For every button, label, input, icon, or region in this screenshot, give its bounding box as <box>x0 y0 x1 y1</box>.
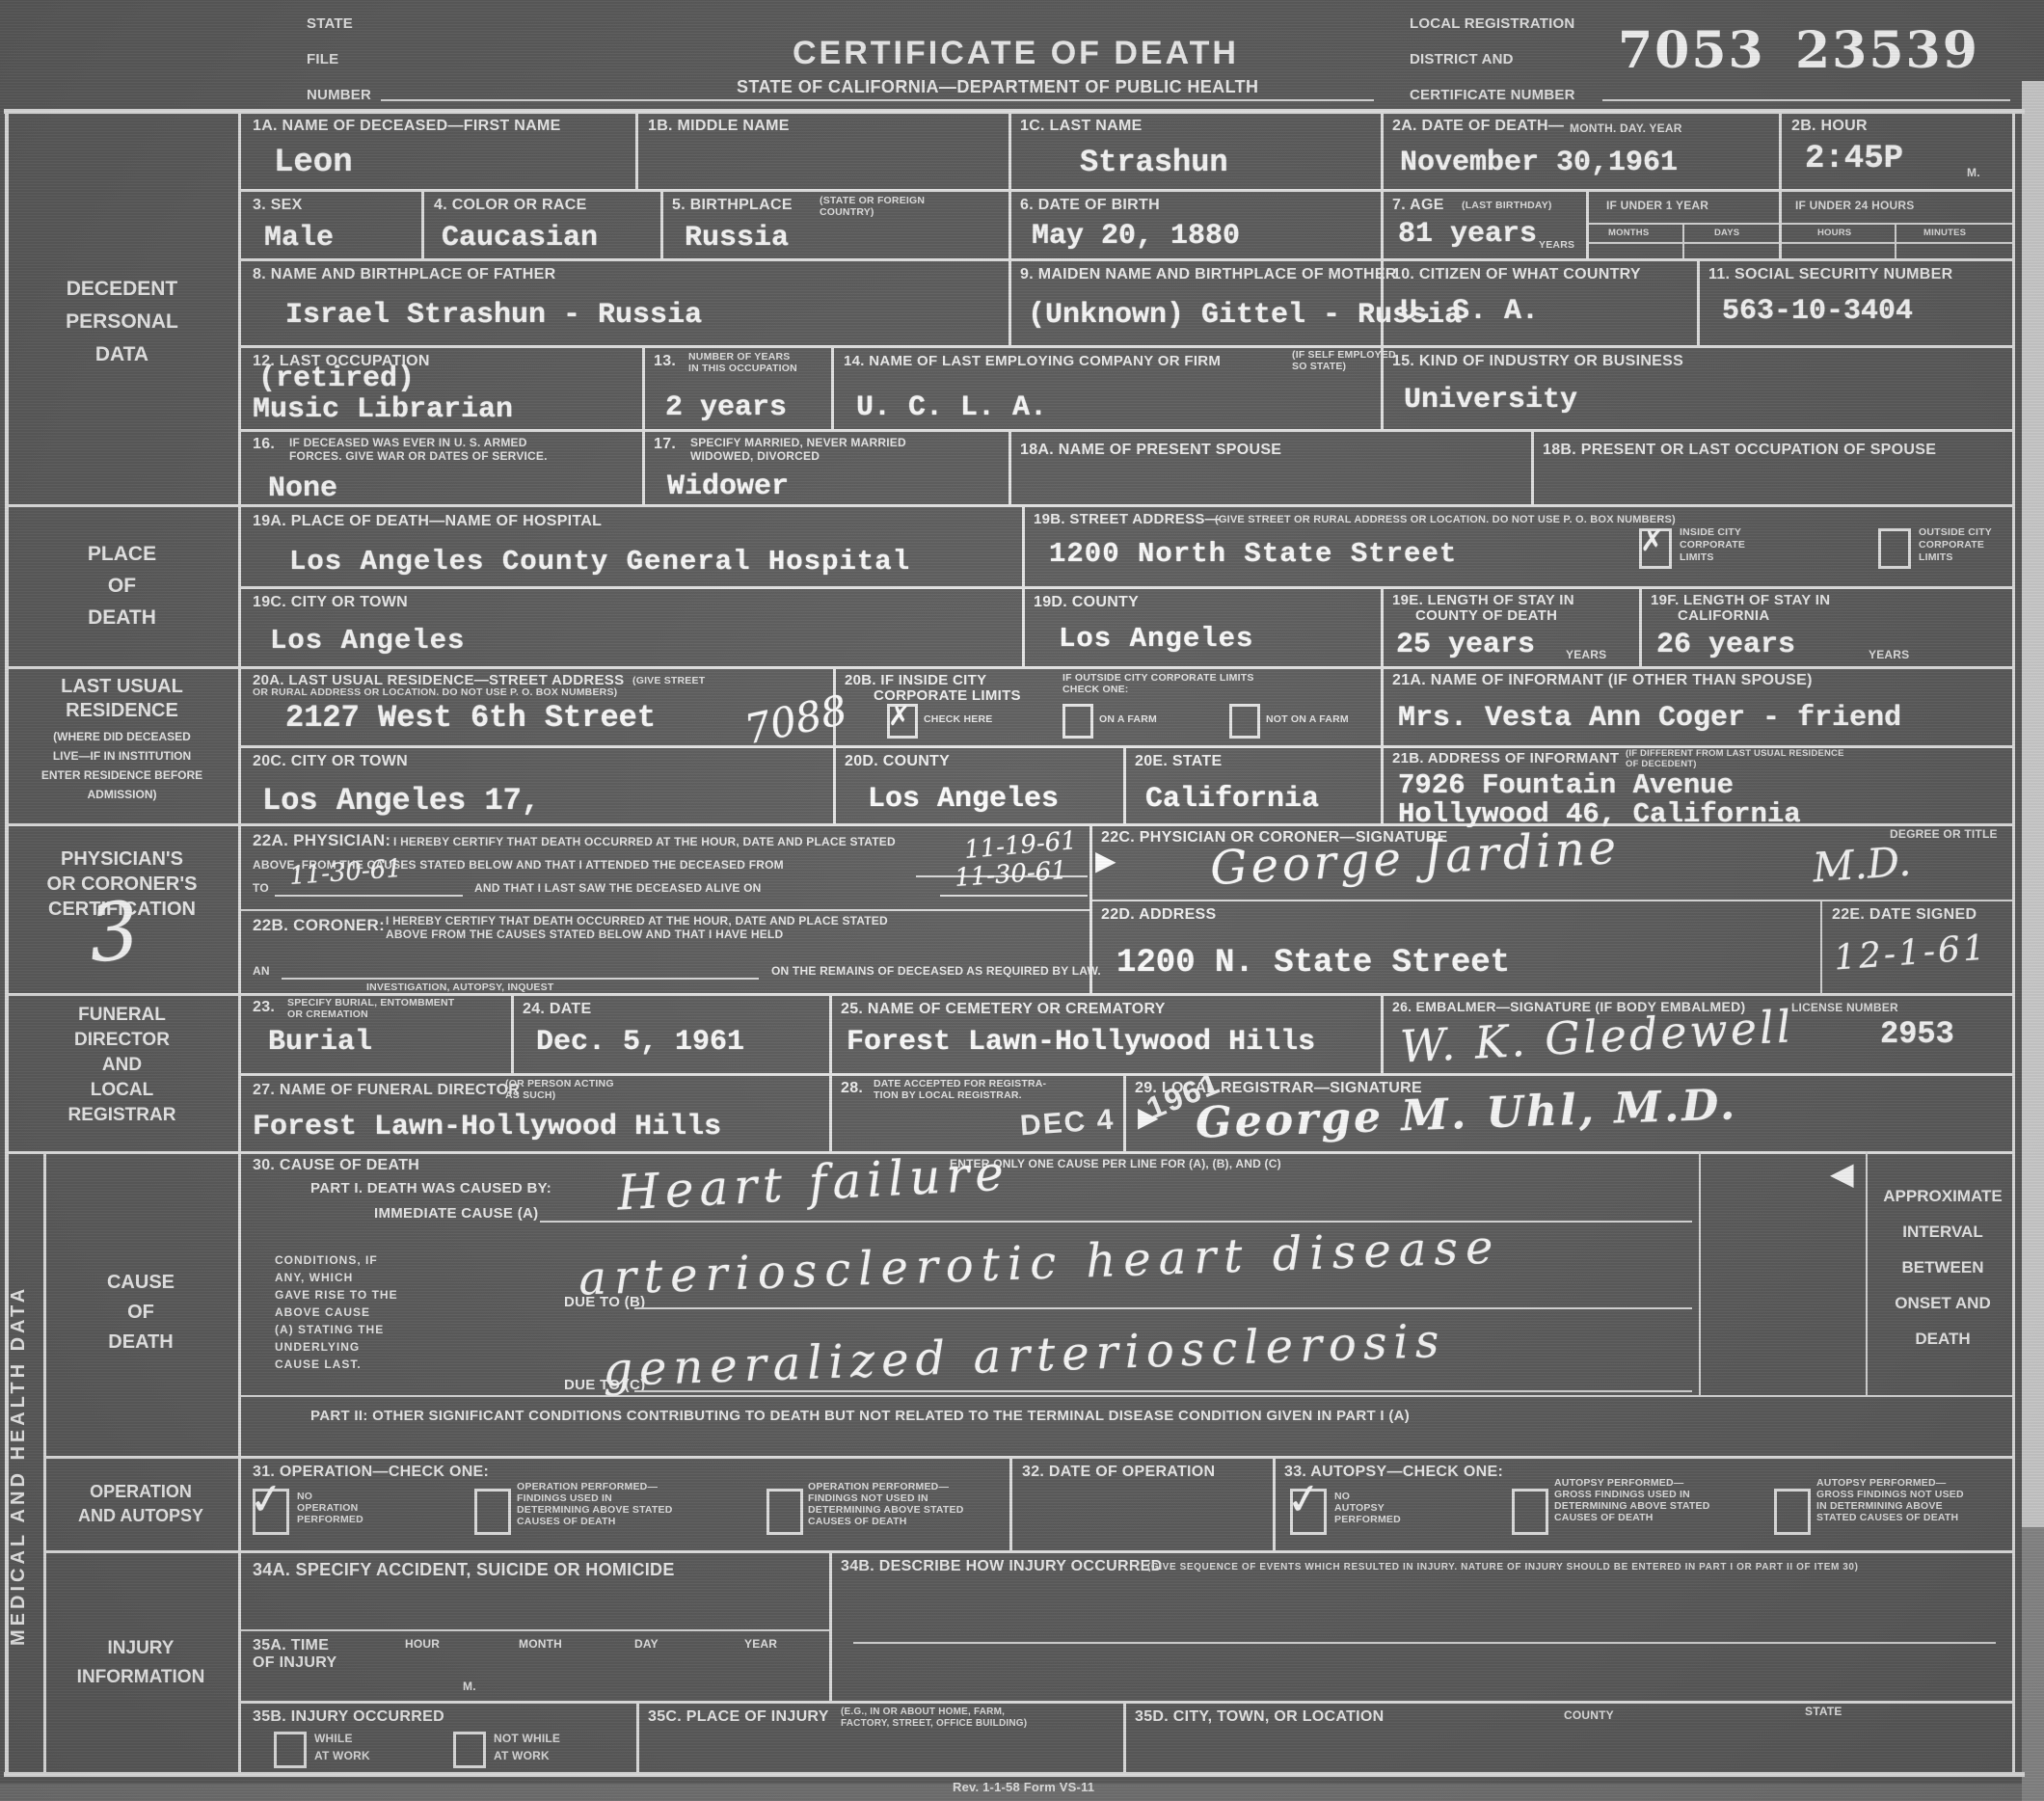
outside-city-check-one-label: IF OUTSIDE CITY CORPORATE LIMITS <box>1062 672 1254 684</box>
grid-line <box>1682 223 1684 258</box>
if-under-24-hours-label: IF UNDER 24 HOURS <box>1795 199 1914 212</box>
county-column-label: COUNTY <box>1564 1708 1614 1722</box>
grid-line <box>660 189 663 258</box>
field-23-label: 23. <box>253 999 275 1016</box>
death-certificate-scan: STATE FILE NUMBER CERTIFICATE OF DEATH S… <box>0 0 2044 1801</box>
field-35c-label-sub: FACTORY, STREET, OFFICE BUILDING) <box>841 1718 1027 1729</box>
field-22b-held-sub: INVESTIGATION, AUTOPSY, INQUEST <box>366 981 553 993</box>
no-operation-label: OPERATION <box>297 1502 358 1514</box>
state-file-number-label: NUMBER <box>307 87 371 103</box>
field-24-label: 24. DATE <box>523 1001 591 1018</box>
grid-line <box>43 1456 2015 1459</box>
write-line <box>540 1221 1692 1223</box>
registrar-date-stamp: DEC 4 <box>1019 1104 1116 1143</box>
grid-line <box>238 109 241 1774</box>
field-1c-value: Strashun <box>1080 145 1228 180</box>
field-13-value: 2 years <box>665 391 787 424</box>
interval-pointer-icon: ◀ <box>1830 1155 1854 1192</box>
document-title: CERTIFICATE OF DEATH <box>793 35 1239 72</box>
write-line <box>275 895 463 897</box>
field-22d-label: 22D. ADDRESS <box>1101 906 1216 924</box>
field-16-label-sub: IF DECEASED WAS EVER IN U. S. ARMED <box>289 436 527 449</box>
field-22e-label: 22E. DATE SIGNED <box>1832 906 1977 924</box>
write-line <box>282 978 759 980</box>
field-24-value: Dec. 5, 1961 <box>536 1026 744 1059</box>
grid-line <box>1123 745 1126 823</box>
grid-line <box>1009 1456 1012 1550</box>
field-5-label-sub: COUNTRY) <box>820 206 874 218</box>
grid-line <box>1009 109 1011 345</box>
field-14-label: 14. NAME OF LAST EMPLOYING COMPANY OR FI… <box>844 353 1221 369</box>
grid-line <box>829 993 832 1073</box>
field-28-label: 28. <box>841 1080 863 1097</box>
write-line <box>634 1390 1692 1392</box>
field-2a-value: November 30,1961 <box>1400 147 1678 179</box>
field-21b-label-sub: (IF DIFFERENT FROM LAST USUAL RESIDENCE <box>1626 748 1844 759</box>
checkbox-not-on-a-farm <box>1229 704 1260 739</box>
field-5-label: 5. BIRTHPLACE <box>672 197 793 214</box>
field-20a-label-sub: (GIVE STREET <box>632 675 705 686</box>
part2-label: PART II: OTHER SIGNIFICANT CONDITIONS CO… <box>310 1408 1410 1424</box>
conditions-note: CONDITIONS, IF ANY, WHICH GAVE RISE TO T… <box>275 1251 398 1373</box>
grid-line <box>1531 429 1534 504</box>
field-17-value: Widower <box>667 470 789 503</box>
field-34b-label: 34B. DESCRIBE HOW INJURY OCCURRED <box>841 1558 1163 1575</box>
field-13-label-sub: NUMBER OF YEARS <box>688 351 790 363</box>
month-column-label: MONTH <box>519 1637 562 1651</box>
field-19d-value: Los Angeles <box>1059 623 1253 655</box>
hour-column-label: HOUR <box>405 1637 440 1651</box>
sidebar-place-of-death: PLACE OF DEATH <box>6 538 238 633</box>
inside-city-limits-label: INSIDE CITY <box>1680 526 1741 538</box>
field-13-label: 13. <box>654 353 676 370</box>
field-17-label-sub: WIDOWED, DIVORCED <box>690 449 820 463</box>
sidebar-funeral-director-registrar: FUNERAL DIRECTOR AND LOCAL REGISTRAR <box>6 1003 238 1128</box>
grid-line <box>1699 1151 1701 1395</box>
field-7-value: 81 years <box>1398 218 1537 251</box>
field-25-value: Forest Lawn-Hollywood Hills <box>847 1026 1315 1059</box>
field-12-value: Music Librarian <box>253 393 513 426</box>
field-19c-label: 19C. CITY OR TOWN <box>253 594 408 611</box>
field-20d-label: 20D. COUNTY <box>845 753 950 770</box>
field-14-value: U. C. L. A. <box>856 391 1047 424</box>
field-22b-an-label: AN <box>253 964 270 978</box>
grid-line <box>6 666 2015 669</box>
header-underline <box>1602 99 2010 101</box>
outside-city-limits-label: LIMITS <box>1919 551 1953 563</box>
field-2a-label-sub: MONTH. DAY. YEAR <box>1570 121 1682 135</box>
field-14-label-sub: SO STATE) <box>1292 361 1346 372</box>
field-22d-value: 1200 N. State Street <box>1116 945 1510 981</box>
grid-line <box>831 345 834 429</box>
checkbox-autopsy-findings-not-used <box>1774 1489 1811 1535</box>
field-19b-value: 1200 North State Street <box>1049 538 1457 570</box>
sidebar-last-usual-residence: LAST USUAL RESIDENCE (WHERE DID DECEASED… <box>6 675 238 804</box>
operation-findings-not-used-label: CAUSES OF DEATH <box>808 1516 907 1527</box>
physician-degree: M.D. <box>1811 838 1912 892</box>
field-25-label: 25. NAME OF CEMETERY OR CREMATORY <box>841 1001 1166 1018</box>
field-35a-label: 35A. TIME <box>253 1637 329 1654</box>
minutes-column-label: MINUTES <box>1923 228 1966 238</box>
field-27-label: 27. NAME OF FUNERAL DIRECTOR <box>253 1082 520 1099</box>
field-19f-label: CALIFORNIA <box>1678 607 1770 624</box>
cause-b-handwriting: arteriosclerotic heart disease <box>578 1220 1501 1305</box>
field-30-label: 30. CAUSE OF DEATH <box>253 1157 419 1174</box>
field-22b-text: I HEREBY CERTIFY THAT DEATH OCCURRED AT … <box>386 914 888 927</box>
checkbox-no-operation-mark: ✓ <box>246 1473 288 1527</box>
grid-line <box>511 993 514 1073</box>
autopsy-findings-not-used-label: STATED CAUSES OF DEATH <box>1816 1512 1958 1523</box>
field-21a-value: Mrs. Vesta Ann Coger - friend <box>1398 702 1901 735</box>
field-9-value: (Unknown) Gittel - Russia <box>1028 299 1462 332</box>
autopsy-findings-used-label: AUTOPSY PERFORMED— <box>1554 1477 1683 1489</box>
field-19d-label: 19D. COUNTY <box>1034 594 1139 611</box>
checkbox-outside-city-limits <box>1878 528 1911 569</box>
year-column-label: YEAR <box>744 1637 777 1651</box>
state-column-label: STATE <box>1805 1705 1842 1718</box>
checkbox-on-a-farm <box>1062 704 1093 739</box>
grid-line <box>1820 900 1822 994</box>
field-34a-label: 34A. SPECIFY ACCIDENT, SUICIDE OR HOMICI… <box>253 1560 675 1580</box>
meridiem-label: M. <box>463 1680 476 1693</box>
field-19e-value: 25 years <box>1396 629 1535 661</box>
checkbox-not-while-at-work <box>453 1732 486 1768</box>
field-10-label: 10. CITIZEN OF WHAT COUNTRY <box>1392 266 1641 283</box>
field-35c-label: 35C. PLACE OF INJURY <box>648 1708 829 1726</box>
checkbox-check-here-mark: ✗ <box>888 700 910 732</box>
field-21b-label-sub: OF DECEDENT) <box>1626 759 1697 769</box>
state-file-number-label: STATE <box>307 15 353 32</box>
local-registration-label: LOCAL REGISTRATION <box>1410 15 1574 32</box>
grid-line <box>238 429 2015 432</box>
checkbox-autopsy-findings-used <box>1512 1489 1548 1535</box>
outside-city-limits-label: CORPORATE <box>1919 539 1984 551</box>
field-22a-label: 22A. PHYSICIAN: <box>253 831 390 850</box>
field-19e-label: COUNTY OF DEATH <box>1415 607 1557 624</box>
field-5-value: Russia <box>685 222 789 255</box>
field-12-value: (retired) <box>258 363 415 395</box>
form-revision-note: Rev. 1-1-58 Form VS-11 <box>953 1780 1094 1794</box>
field-22a-text: I HEREBY CERTIFY THAT DEATH OCCURRED AT … <box>393 835 896 848</box>
immediate-cause-label: IMMEDIATE CAUSE (A) <box>374 1205 538 1222</box>
field-6-label: 6. DATE OF BIRTH <box>1020 197 1160 214</box>
field-8-label: 8. NAME AND BIRTHPLACE OF FATHER <box>253 266 556 283</box>
grid-line <box>43 1550 2015 1553</box>
grid-line <box>1586 189 1589 258</box>
field-14-label-sub: (IF SELF EMPLOYED <box>1292 349 1396 361</box>
while-at-work-label: WHILE <box>314 1732 353 1745</box>
grid-line <box>1381 993 1384 1073</box>
field-23-value: Burial <box>268 1026 372 1059</box>
grid-line <box>1639 586 1642 666</box>
field-1a-label: 1A. NAME OF DECEASED—FIRST NAME <box>253 118 561 135</box>
grid-line <box>642 345 645 504</box>
field-35a-label: OF INJURY <box>253 1654 336 1672</box>
autopsy-findings-not-used-label: IN DETERMINING ABOVE <box>1816 1500 1943 1512</box>
check-here-label: CHECK HERE <box>924 713 992 725</box>
grid-line <box>238 189 2015 192</box>
grid-line <box>4 1772 2025 1777</box>
outside-city-limits-label: OUTSIDE CITY <box>1919 526 1992 538</box>
autopsy-findings-not-used-label: AUTOPSY PERFORMED— <box>1816 1477 1946 1489</box>
field-21a-label: 21A. NAME OF INFORMANT (IF OTHER THAN SP… <box>1392 672 1813 689</box>
scan-edge-right <box>2022 81 2044 1527</box>
grid-line <box>238 909 1089 911</box>
grid-line <box>1866 1151 1868 1395</box>
field-20d-value: Los Angeles <box>868 783 1059 816</box>
header-underline <box>381 99 1374 101</box>
field-5-label-sub: (STATE OR FOREIGN <box>820 195 925 206</box>
certificate-number-label: CERTIFICATE NUMBER <box>1410 87 1575 103</box>
write-line <box>634 1307 1692 1309</box>
field-9-label: 9. MAIDEN NAME AND BIRTHPLACE OF MOTHER <box>1020 266 1397 283</box>
field-16-label-sub: FORCES. GIVE WAR OR DATES OF SERVICE. <box>289 449 548 463</box>
field-11-value: 563-10-3404 <box>1722 295 1913 328</box>
field-2b-label: 2B. HOUR <box>1791 118 1868 135</box>
write-line <box>853 1642 1996 1644</box>
grid-line <box>1381 666 1384 823</box>
field-13-label-sub: IN THIS OCCUPATION <box>688 363 797 374</box>
field-2b-suffix: M. <box>1967 166 1980 179</box>
field-10-value: U. S. A. <box>1400 295 1539 328</box>
field-17-label-sub: SPECIFY MARRIED, NEVER MARRIED <box>690 436 906 449</box>
field-7-label-sub: (LAST BIRTHDAY) <box>1462 200 1552 211</box>
field-19a-value: Los Angeles County General Hospital <box>289 546 910 578</box>
field-22a-text: AND THAT I LAST SAW THE DECEASED ALIVE O… <box>474 881 762 895</box>
outside-city-check-one-label: CHECK ONE: <box>1062 684 1129 695</box>
field-19b-label-sub: (GIVE STREET OR RURAL ADDRESS OR LOCATIO… <box>1215 514 1676 525</box>
field-18a-label: 18A. NAME OF PRESENT SPOUSE <box>1020 442 1281 459</box>
grid-line <box>1123 1701 1126 1772</box>
not-on-a-farm-label: NOT ON A FARM <box>1266 713 1349 725</box>
day-column-label: DAY <box>634 1637 659 1651</box>
grid-line <box>238 1701 2015 1704</box>
checkbox-operation-findings-not-used <box>766 1489 803 1535</box>
field-1b-label: 1B. MIDDLE NAME <box>648 118 790 135</box>
field-15-label: 15. KIND OF INDUSTRY OR BUSINESS <box>1392 353 1683 370</box>
no-operation-label: PERFORMED <box>297 1514 363 1525</box>
handwritten-margin-number: 3 <box>84 885 144 981</box>
not-while-at-work-label: NOT WHILE <box>494 1732 560 1745</box>
grid-line <box>1089 900 2015 901</box>
field-20e-value: California <box>1145 783 1319 816</box>
state-file-number-label: FILE <box>307 51 338 67</box>
field-34b-label-sub: (GIVE SEQUENCE OF EVENTS WHICH RESULTED … <box>1147 1562 1859 1573</box>
field-20c-value: Los Angeles 17, <box>262 783 540 819</box>
part1-label: PART I. DEATH WAS CAUSED BY: <box>310 1180 551 1196</box>
no-autopsy-label: AUTOPSY <box>1334 1502 1385 1514</box>
no-autopsy-label: PERFORMED <box>1334 1514 1401 1525</box>
while-at-work-label: AT WORK <box>314 1749 370 1762</box>
field-22b-label: 22B. CORONER: <box>253 916 385 935</box>
field-1a-value: Leon <box>274 145 353 181</box>
field-19a-label: 19A. PLACE OF DEATH—NAME OF HOSPITAL <box>253 513 602 530</box>
grid-line <box>636 1701 639 1772</box>
grid-line <box>829 1550 832 1701</box>
approximate-interval-label: APPROXIMATE INTERVAL BETWEEN ONSET AND D… <box>1870 1178 2015 1357</box>
grid-line <box>1586 223 2015 225</box>
grid-line <box>1697 258 1700 345</box>
grid-line <box>421 189 424 258</box>
no-operation-label: NO <box>297 1491 312 1502</box>
checkbox-while-at-work <box>274 1732 307 1768</box>
checkbox-no-autopsy-mark: ✓ <box>1283 1473 1326 1527</box>
grid-line <box>238 1395 2015 1397</box>
field-27-label-sub: (OR PERSON ACTING <box>505 1078 614 1089</box>
embalmer-license-number: 2953 <box>1880 1016 1954 1052</box>
field-20a-value: 2127 West 6th Street <box>285 700 656 736</box>
field-22a-to-label: TO <box>253 881 269 895</box>
field-21b-value: 7926 Fountain Avenue <box>1398 769 1734 801</box>
if-under-1-year-label: IF UNDER 1 YEAR <box>1606 199 1708 212</box>
signature-pointer-icon: ▶ <box>1095 845 1116 876</box>
operation-findings-not-used-label: DETERMINING ABOVE STATED <box>808 1504 964 1516</box>
field-23-label-sub: OR CREMATION <box>287 1008 368 1020</box>
operation-findings-used-label: FINDINGS USED IN <box>517 1492 612 1504</box>
field-20a-label-sub: OR RURAL ADDRESS OR LOCATION. DO NOT USE… <box>253 686 617 698</box>
sidebar-decedent-personal-data: DECEDENT PERSONAL DATA <box>6 273 238 371</box>
field-27-label-sub: AS SUCH) <box>505 1089 555 1101</box>
field-16-label: 16. <box>253 436 275 453</box>
grid-line <box>238 258 2015 261</box>
field-3-value: Male <box>264 222 334 255</box>
grid-line <box>4 109 2025 114</box>
operation-findings-not-used-label: OPERATION PERFORMED— <box>808 1481 949 1492</box>
on-a-farm-label: ON A FARM <box>1099 713 1157 725</box>
autopsy-findings-used-label: CAUSES OF DEATH <box>1554 1512 1654 1523</box>
grid-line <box>1022 504 1025 666</box>
field-4-value: Caucasian <box>442 222 598 255</box>
autopsy-findings-used-label: DETERMINING ABOVE STATED <box>1554 1500 1710 1512</box>
sidebar-operation-and-autopsy: OPERATION AND AUTOPSY <box>43 1480 238 1528</box>
field-22b-text: ON THE REMAINS OF DECEASED AS REQUIRED B… <box>771 964 1101 978</box>
field-32-label: 32. DATE OF OPERATION <box>1022 1464 1215 1481</box>
field-16-value: None <box>268 472 337 505</box>
sidebar-medical-health-data: MEDICAL AND HEALTH DATA <box>8 1162 42 1769</box>
field-2b-value: 2:45P <box>1805 141 1903 177</box>
not-while-at-work-label: AT WORK <box>494 1749 550 1762</box>
days-column-label: DAYS <box>1714 228 1739 238</box>
grid-line <box>238 586 2015 589</box>
signature-pointer-icon: ▶ <box>1138 1101 1159 1133</box>
field-22e-value: 12-1-61 <box>1833 927 1989 978</box>
field-23-label-sub: SPECIFY BURIAL, ENTOMBMENT <box>287 997 454 1008</box>
field-19b-label: 19B. STREET ADDRESS— <box>1034 511 1220 527</box>
field-8-value: Israel Strashun - Russia <box>285 299 702 332</box>
hours-column-label: HOURS <box>1817 228 1851 238</box>
grid-line <box>6 1151 2015 1154</box>
operation-findings-not-used-label: FINDINGS NOT USED IN <box>808 1492 928 1504</box>
field-20c-label: 20C. CITY OR TOWN <box>253 753 408 770</box>
grid-line <box>635 109 638 189</box>
grid-line <box>829 1073 832 1152</box>
no-autopsy-label: NO <box>1334 1491 1350 1502</box>
cause-c-handwriting: generalized arteriosclerosis <box>602 1314 1446 1397</box>
grid-line <box>2012 109 2015 1777</box>
district-and-label: DISTRICT AND <box>1410 51 1514 67</box>
field-20e-label: 20E. STATE <box>1135 753 1222 770</box>
sidebar-injury-information: INJURY INFORMATION <box>43 1634 238 1692</box>
field-7-label: 7. AGE <box>1392 197 1444 214</box>
grid-line <box>1273 1456 1276 1550</box>
field-6-value: May 20, 1880 <box>1032 220 1240 253</box>
field-2a-label: 2A. DATE OF DEATH— <box>1392 118 1564 135</box>
field-35b-label: 35B. INJURY OCCURRED <box>253 1708 444 1726</box>
grid-line <box>238 1073 2015 1076</box>
field-31-label: 31. OPERATION—CHECK ONE: <box>253 1464 489 1481</box>
registration-district-number: 7053 <box>1618 21 1765 80</box>
field-28-label-sub: DATE ACCEPTED FOR REGISTRA- <box>874 1078 1046 1089</box>
field-19e-label: 19E. LENGTH OF STAY IN <box>1392 592 1574 608</box>
grid-line <box>6 993 2015 996</box>
sidebar-cause-of-death: CAUSE OF DEATH <box>43 1268 238 1357</box>
grid-line <box>1123 1073 1126 1152</box>
field-15-value: University <box>1404 384 1577 417</box>
inside-city-limits-label: CORPORATE <box>1680 539 1745 551</box>
field-19f-label: 19F. LENGTH OF STAY IN <box>1651 592 1830 608</box>
field-7-suffix: YEARS <box>1539 239 1574 251</box>
field-19c-value: Los Angeles <box>270 625 465 657</box>
grid-line <box>238 1629 829 1631</box>
field-19f-suffix: YEARS <box>1869 648 1909 661</box>
grid-line <box>238 345 2015 348</box>
checkbox-inside-city-mark: ✗ <box>1640 524 1664 558</box>
checkbox-operation-findings-used <box>474 1489 511 1535</box>
field-19e-suffix: YEARS <box>1566 648 1606 661</box>
field-35d-label: 35D. CITY, TOWN, OR LOCATION <box>1135 1708 1385 1726</box>
field-35c-label-sub: (E.G., IN OR ABOUT HOME, FARM, <box>841 1707 1005 1717</box>
field-3-label: 3. SEX <box>253 197 303 214</box>
grid-line <box>1381 586 1384 666</box>
field-19f-value: 26 years <box>1656 629 1795 661</box>
months-column-label: MONTHS <box>1608 228 1649 238</box>
operation-findings-used-label: CAUSES OF DEATH <box>517 1516 616 1527</box>
operation-findings-used-label: DETERMINING ABOVE STATED <box>517 1504 673 1516</box>
field-1c-label: 1C. LAST NAME <box>1020 118 1143 135</box>
write-line <box>940 895 1088 897</box>
autopsy-findings-not-used-label: GROSS FINDINGS NOT USED <box>1816 1489 1964 1500</box>
grid-line <box>1779 109 1782 258</box>
field-4-label: 4. COLOR OR RACE <box>434 197 587 214</box>
field-20b-label: 20B. IF INSIDE CITY <box>845 672 986 688</box>
field-21b-label: 21B. ADDRESS OF INFORMANT <box>1392 750 1619 766</box>
field-28-label-sub: TION BY LOCAL REGISTRAR. <box>874 1089 1022 1101</box>
inside-city-limits-label: LIMITS <box>1680 551 1714 563</box>
document-subtitle: STATE OF CALIFORNIA—DEPARTMENT OF PUBLIC… <box>737 77 1258 97</box>
license-number-label: LICENSE NUMBER <box>1791 1001 1898 1014</box>
field-22b-text: ABOVE FROM THE CAUSES STATED BELOW AND T… <box>386 927 783 941</box>
field-18b-label: 18B. PRESENT OR LAST OCCUPATION OF SPOUS… <box>1543 442 1936 459</box>
autopsy-findings-used-label: GROSS FINDINGS USED IN <box>1554 1489 1690 1500</box>
scan-edge-right-lower <box>2022 1527 2044 1801</box>
grid-line <box>1586 242 2015 244</box>
field-17-label: 17. <box>654 436 676 453</box>
field-11-label: 11. SOCIAL SECURITY NUMBER <box>1708 266 1952 283</box>
operation-findings-used-label: OPERATION PERFORMED— <box>517 1481 658 1492</box>
field-27-value: Forest Lawn-Hollywood Hills <box>253 1111 721 1143</box>
grid-line <box>1895 223 1896 258</box>
certificate-number-value: 23539 <box>1795 21 1979 80</box>
cause-a-handwriting: Heart failure <box>616 1144 1010 1221</box>
grid-line <box>1009 429 1011 504</box>
